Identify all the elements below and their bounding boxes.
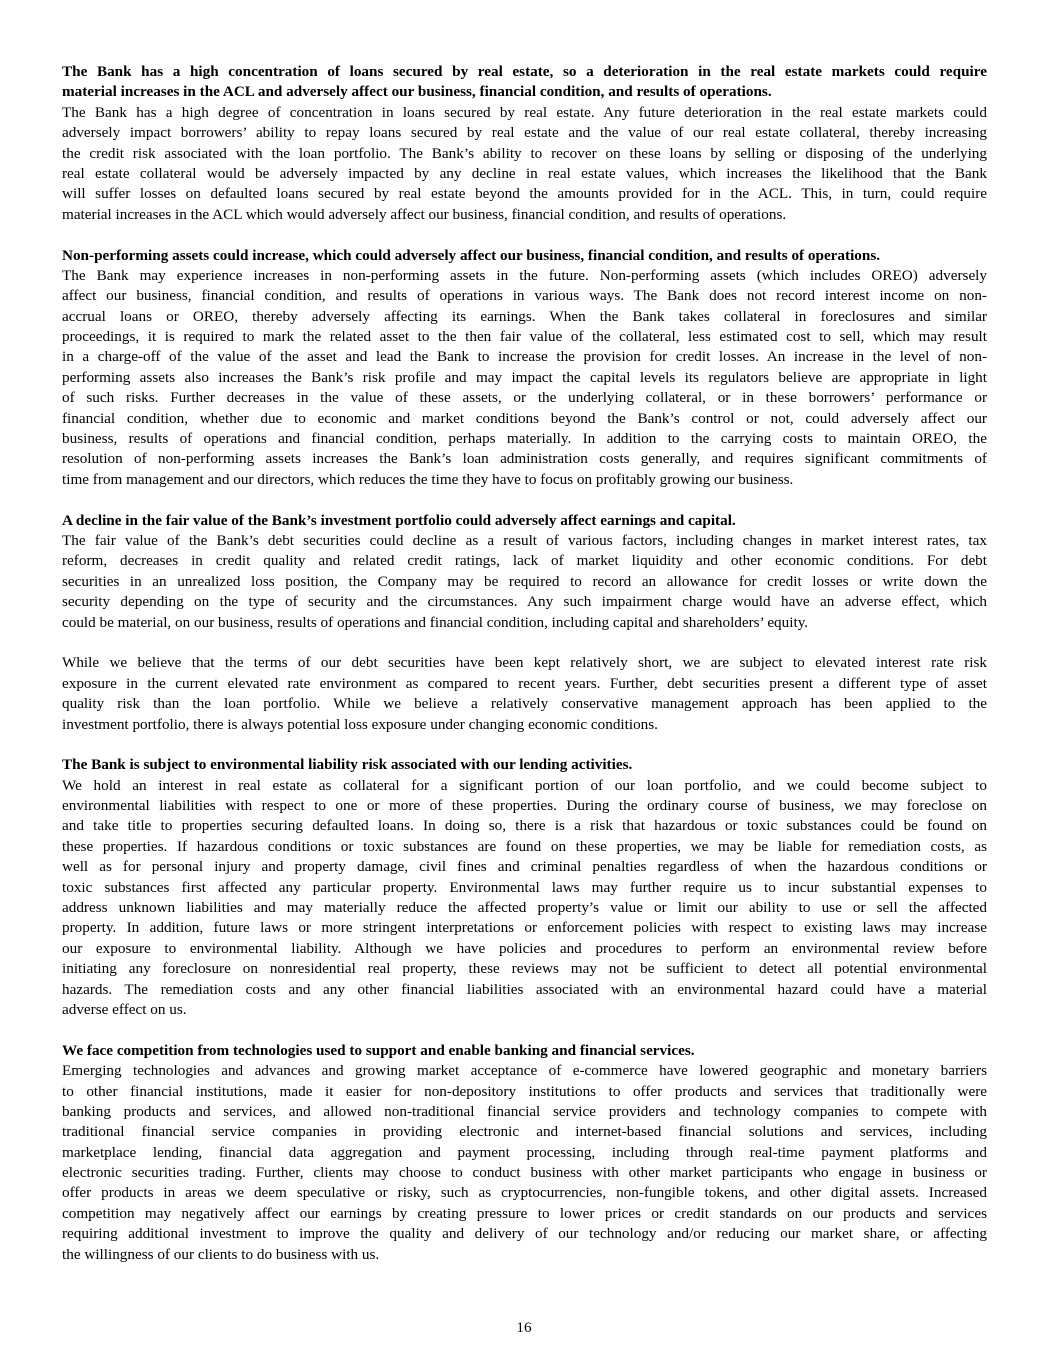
paragraph-line: quality risk than the loan portfolio. Wh… [62, 694, 987, 714]
section-real-estate-concentration: The Bank has a high concentration of loa… [62, 62, 987, 225]
paragraph-line: performing assets also increases the Ban… [62, 368, 987, 388]
paragraph-line: requiring additional investment to impro… [62, 1224, 987, 1244]
heading-line: We face competition from technologies us… [62, 1041, 987, 1061]
paragraph-line: these properties. If hazardous condition… [62, 837, 987, 857]
section-heading: A decline in the fair value of the Bank’… [62, 511, 987, 531]
paragraph-line: address unknown liabilities and may mate… [62, 898, 987, 918]
paragraph-line: financial condition, whether due to econ… [62, 409, 987, 429]
paragraph-line: in a charge-off of the value of the asse… [62, 347, 987, 367]
paragraph-line: our exposure to environmental liability.… [62, 939, 987, 959]
paragraph-line: exposure in the current elevated rate en… [62, 674, 987, 694]
heading-line: material increases in the ACL and advers… [62, 82, 987, 102]
paragraph-spacer [62, 633, 987, 653]
paragraph-line: electronic securities trading. Further, … [62, 1163, 987, 1183]
paragraph-line: marketplace lending, financial data aggr… [62, 1143, 987, 1163]
paragraph-line: real estate collateral would be adversel… [62, 164, 987, 184]
paragraph-line: adversely impact borrowers’ ability to r… [62, 123, 987, 143]
paragraph-line: traditional financial service companies … [62, 1122, 987, 1142]
section-technology-competition: We face competition from technologies us… [62, 1041, 987, 1265]
section-investment-portfolio: A decline in the fair value of the Bank’… [62, 511, 987, 735]
paragraph-line: toxic substances first affected any part… [62, 878, 987, 898]
heading-line: A decline in the fair value of the Bank’… [62, 511, 987, 531]
paragraph-line: affect our business, financial condition… [62, 286, 987, 306]
paragraph-line: investment portfolio, there is always po… [62, 715, 987, 735]
paragraph-line: We hold an interest in real estate as co… [62, 776, 987, 796]
page-number: 16 [0, 1318, 1048, 1338]
body-paragraph: The Bank has a high degree of concentrat… [62, 103, 987, 225]
section-non-performing-assets: Non-performing assets could increase, wh… [62, 246, 987, 491]
body-paragraph: The Bank may experience increases in non… [62, 266, 987, 490]
paragraph-line: proceedings, it is required to mark the … [62, 327, 987, 347]
body-paragraph: While we believe that the terms of our d… [62, 653, 987, 735]
heading-line: The Bank has a high concentration of loa… [62, 62, 987, 82]
paragraph-line: the willingness of our clients to do bus… [62, 1245, 987, 1265]
paragraph-line: competition may negatively affect our ea… [62, 1204, 987, 1224]
paragraph-line: the credit risk associated with the loan… [62, 144, 987, 164]
paragraph-line: offer products in areas we deem speculat… [62, 1183, 987, 1203]
section-heading: Non-performing assets could increase, wh… [62, 246, 987, 266]
paragraph-line: The Bank has a high degree of concentrat… [62, 103, 987, 123]
heading-line: The Bank is subject to environmental lia… [62, 755, 987, 775]
paragraph-line: business, results of operations and fina… [62, 429, 987, 449]
section-environmental-liability: The Bank is subject to environmental lia… [62, 755, 987, 1020]
paragraph-line: and take title to properties securing de… [62, 816, 987, 836]
paragraph-line: adverse effect on us. [62, 1000, 987, 1020]
body-paragraph: Emerging technologies and advances and g… [62, 1061, 987, 1265]
paragraph-line: securities in an unrealized loss positio… [62, 572, 987, 592]
section-heading: The Bank is subject to environmental lia… [62, 755, 987, 775]
paragraph-line: to other financial institutions, made it… [62, 1082, 987, 1102]
paragraph-line: banking products and services, and allow… [62, 1102, 987, 1122]
body-paragraph: The fair value of the Bank’s debt securi… [62, 531, 987, 633]
body-paragraph: We hold an interest in real estate as co… [62, 776, 987, 1021]
paragraph-line: The Bank may experience increases in non… [62, 266, 987, 286]
paragraph-line: material increases in the ACL which woul… [62, 205, 987, 225]
paragraph-line: resolution of non-performing assets incr… [62, 449, 987, 469]
heading-line: Non-performing assets could increase, wh… [62, 246, 987, 266]
paragraph-line: property. In addition, future laws or mo… [62, 918, 987, 938]
document-page: The Bank has a high concentration of loa… [62, 62, 987, 1285]
paragraph-line: The fair value of the Bank’s debt securi… [62, 531, 987, 551]
paragraph-line: could be material, on our business, resu… [62, 613, 987, 633]
paragraph-line: well as for personal injury and property… [62, 857, 987, 877]
paragraph-line: accrual loans or OREO, thereby adversely… [62, 307, 987, 327]
section-heading: We face competition from technologies us… [62, 1041, 987, 1061]
paragraph-line: of such risks. Further decreases in the … [62, 388, 987, 408]
section-heading: The Bank has a high concentration of loa… [62, 62, 987, 103]
paragraph-line: security depending on the type of securi… [62, 592, 987, 612]
paragraph-line: reform, decreases in credit quality and … [62, 551, 987, 571]
paragraph-line: hazards. The remediation costs and any o… [62, 980, 987, 1000]
paragraph-line: Emerging technologies and advances and g… [62, 1061, 987, 1081]
paragraph-line: While we believe that the terms of our d… [62, 653, 987, 673]
paragraph-line: time from management and our directors, … [62, 470, 987, 490]
paragraph-line: initiating any foreclosure on nonresiden… [62, 959, 987, 979]
paragraph-line: environmental liabilities with respect t… [62, 796, 987, 816]
paragraph-line: will suffer losses on defaulted loans se… [62, 184, 987, 204]
